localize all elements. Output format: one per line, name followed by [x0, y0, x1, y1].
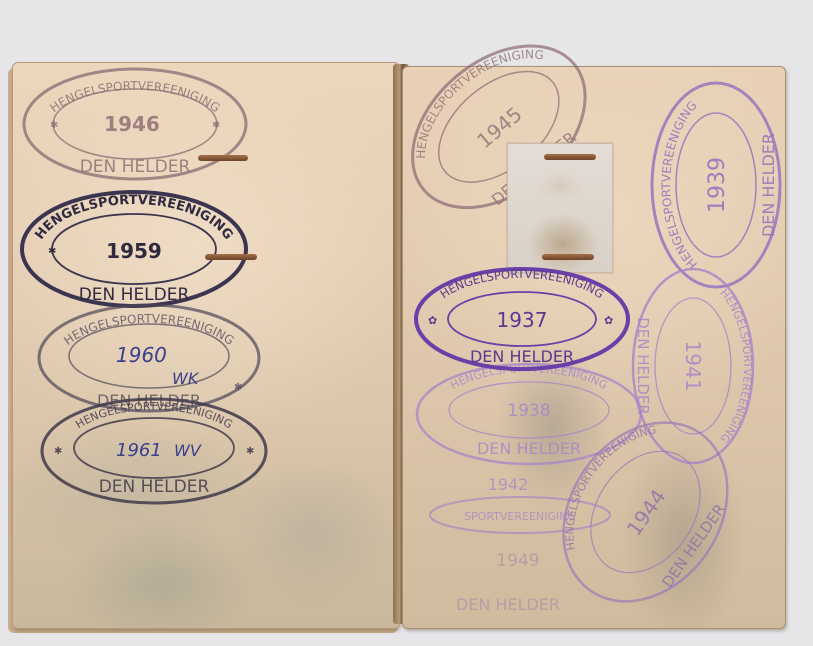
stamp-year: 1937 — [497, 308, 548, 332]
svg-text:✱: ✱ — [246, 446, 254, 457]
handwritten-year: 1961 — [116, 440, 162, 461]
staple — [198, 155, 248, 161]
svg-text:✱: ✱ — [212, 120, 220, 131]
svg-text:✱: ✱ — [54, 446, 62, 457]
stamp-place: DEN HELDER — [477, 439, 581, 458]
stamp-year: 1944 — [622, 485, 671, 540]
svg-text:HENGELSPORTVEREENIGING: HENGELSPORTVEREENIGING — [32, 193, 235, 243]
stamp-1959: HENGELSPORTVEREENIGING 1959 DEN HELDER ✱ — [18, 188, 250, 310]
stamp-year: 1959 — [106, 239, 162, 263]
staple — [544, 154, 596, 160]
staple — [542, 254, 594, 260]
stamp-place: DEN HELDER — [456, 595, 560, 614]
staple — [205, 254, 257, 260]
stamp-year: 1939 — [705, 157, 730, 213]
stamp-place: DEN HELDER — [80, 157, 191, 177]
stamp-1961: HENGELSPORTVEREENIGING DEN HELDER ✱ ✱ 19… — [38, 396, 270, 506]
stamp-year: 1942 — [488, 475, 529, 494]
svg-text:✱: ✱ — [48, 246, 56, 257]
stamp-place: DEN HELDER — [759, 133, 778, 237]
stamp-org-text: HENGELSPORTVEREENIGING — [437, 267, 606, 301]
stamp-place: DEN HELDER — [470, 347, 574, 366]
handwritten-initials: WV — [174, 441, 202, 460]
membership-booklet: HENGELSPORTVEREENIGING 1946 DEN HELDER ✱… — [0, 0, 813, 646]
svg-text:✱: ✱ — [50, 120, 58, 131]
stamp-place: DEN HELDER — [99, 477, 210, 497]
stamp-year: 1938 — [507, 401, 550, 421]
stamp-1946: HENGELSPORTVEREENIGING 1946 DEN HELDER ✱… — [20, 64, 250, 184]
svg-text:✿: ✿ — [604, 314, 613, 327]
svg-text:✱: ✱ — [234, 382, 242, 393]
stamp-org-text: HENGELSPORTVEREENIGING — [47, 79, 222, 115]
stamp-org-text: HENGELSPORTVEREENIGING — [32, 193, 235, 243]
stamp-year: 1941 — [681, 341, 705, 392]
svg-text:HENGELSPORTVEREENIGING: HENGELSPORTVEREENIGING — [437, 267, 606, 301]
stamp-1937: HENGELSPORTVEREENIGING 1937 DEN HELDER ✿… — [412, 264, 632, 374]
svg-text:HENGELSPORTVEREENIGING: HENGELSPORTVEREENIGING — [47, 79, 222, 115]
stamp-year: 1946 — [104, 112, 160, 136]
handwritten-initials: WK — [172, 369, 200, 388]
handwritten-year: 1960 — [116, 343, 167, 367]
stamp-1939: HENGELSPORTVEREENIGING 1939 DEN HELDER — [648, 80, 784, 290]
stamp-org-text: HENGELSPORTVEREENIGING — [717, 287, 754, 446]
svg-text:✿: ✿ — [428, 314, 437, 327]
svg-text:HENGELSPORTVEREENIGING: HENGELSPORTVEREENIGING — [717, 287, 754, 446]
